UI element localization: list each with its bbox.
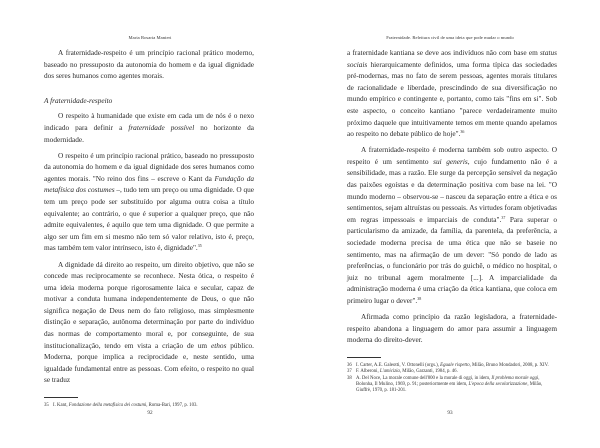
paragraph: Afirmada como princípio da razão legisla… [347, 311, 557, 346]
footnote-divider [347, 357, 381, 358]
footnote: 35 I. Kant, Fondazione della metafisica … [44, 403, 254, 409]
paragraph: O respeito é um princípio racional práti… [44, 150, 254, 254]
paragraph: O respeito à humanidade que existe em ca… [44, 110, 254, 145]
paragraph: A dignidade dá direito ao respeito, um d… [44, 259, 254, 387]
page-number: 92 [0, 410, 300, 416]
left-page: Maria Rosaria Manieri A fraternidade-res… [0, 0, 300, 448]
footnote-ref[interactable]: 35 [198, 243, 202, 248]
section-heading: A fraternidade-respeito [44, 95, 254, 107]
footnote-ref[interactable]: 38 [417, 296, 421, 301]
running-head-author: Maria Rosaria Manieri [0, 35, 300, 40]
running-head-title: Fraternidade. Releitura civil de uma ide… [300, 35, 600, 40]
page-number: 93 [300, 410, 600, 416]
footnotes: 36 I. Carter, A.E. Galeotti, V. Ottonell… [347, 363, 557, 395]
right-page: Fraternidade. Releitura civil de uma ide… [300, 0, 600, 448]
footnote: 38 A. Del Noce, La morale comune dell'80… [347, 376, 557, 395]
left-body-text: A fraternidade-respeito é um princípio r… [44, 47, 254, 409]
footnotes: 35 I. Kant, Fondazione della metafisica … [44, 403, 254, 409]
right-body-text: a fraternidade kantiana se deve aos indi… [347, 47, 557, 395]
paragraph: A fraternidade-respeito é moderna também… [347, 144, 557, 306]
paragraph: a fraternidade kantiana se deve aos indi… [347, 47, 557, 140]
paragraph: A fraternidade-respeito é um princípio r… [44, 47, 254, 82]
footnote-ref[interactable]: 36 [460, 129, 464, 134]
footnote-divider [44, 397, 78, 398]
